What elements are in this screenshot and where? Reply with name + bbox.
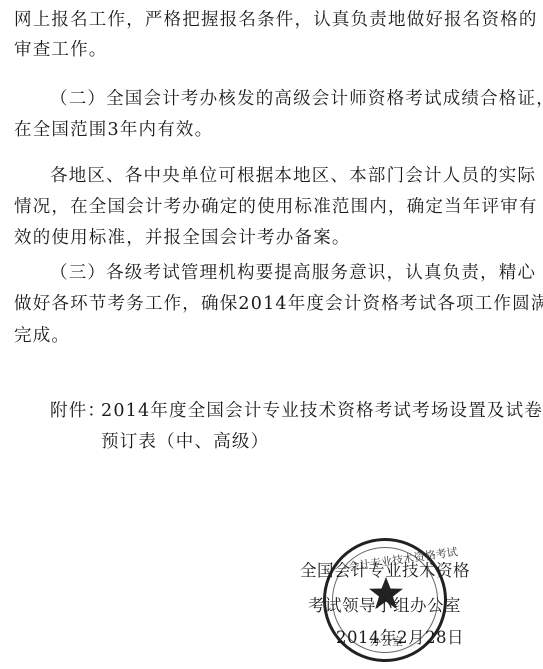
paragraph-line: 审查工作。 xyxy=(14,39,108,61)
document-page: 网上报名工作，严格把握报名条件，认真负责地做好报名资格的 审查工作。 （二）全国… xyxy=(0,0,543,669)
paragraph-line: 做好各环节考务工作，确保2014年度会计资格考试各项工作圆满 xyxy=(14,293,543,315)
paragraph-line: 在全国范围3年内有效。 xyxy=(14,119,213,141)
paragraph-line: 效的使用标准，并报全国会计考办备案。 xyxy=(14,227,351,249)
paragraph-line: 网上报名工作，严格把握报名条件，认真负责地做好报名资格的 xyxy=(14,9,538,31)
paragraph-line: （三）各级考试管理机构要提高服务意识，认真负责，精心 xyxy=(50,262,536,284)
signature-org-line1: 全国会计专业技术资格 xyxy=(300,561,470,581)
paragraph-line: 完成。 xyxy=(14,325,70,347)
attachment-title-line1: 2014年度全国会计专业技术资格考试考场设置及试卷 xyxy=(101,400,543,422)
signature-org-line2: 考试领导小组办公室 xyxy=(308,596,461,616)
signature-date: 2014年2月28日 xyxy=(336,628,464,648)
attachment-label: 附件： xyxy=(50,400,106,422)
paragraph-line: 各地区、各中央单位可根据本地区、本部门会计人员的实际 xyxy=(50,165,536,187)
paragraph-line: （二）全国会计考办核发的高级会计师资格考试成绩合格证， xyxy=(50,88,543,110)
paragraph-line: 情况，在全国会计考办确定的使用标准范围内，确定当年评审有 xyxy=(14,196,538,218)
attachment-title-line2: 预订表（中、高级） xyxy=(101,431,269,453)
